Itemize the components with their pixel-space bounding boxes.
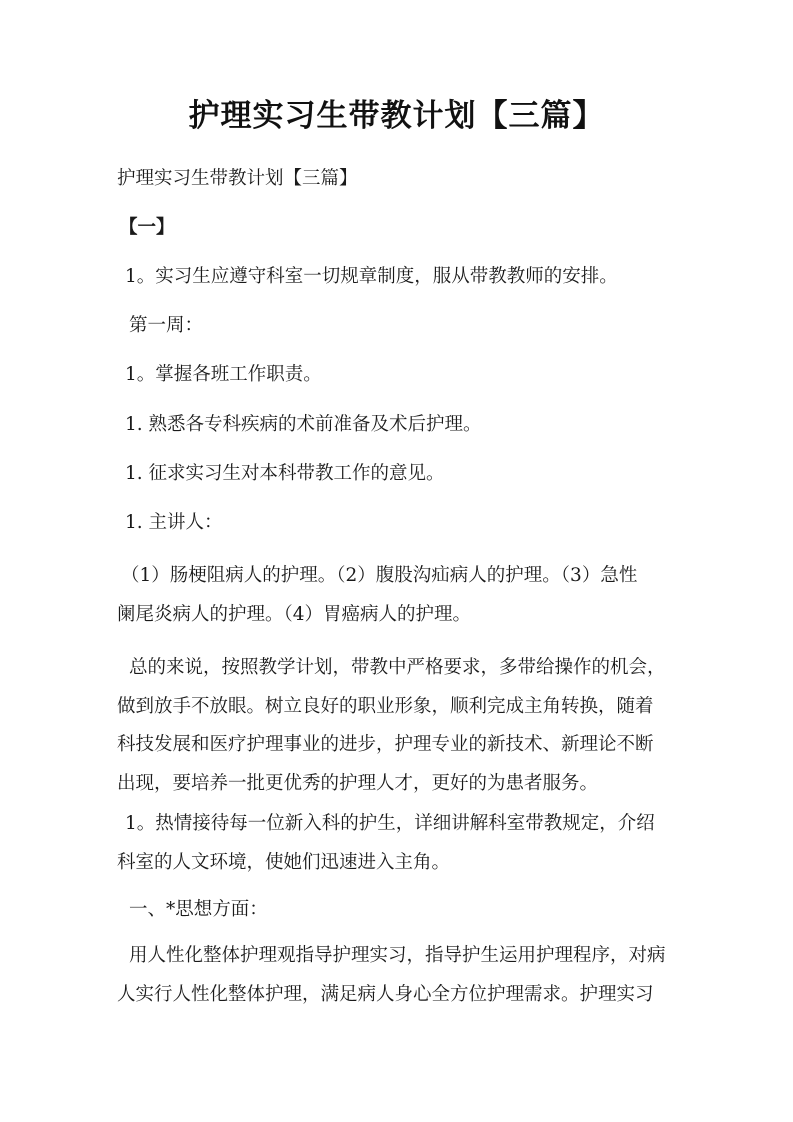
paragraph-line: 用人性化整体护理观指导护理实习，指导护生运用护理程序，对病 bbox=[117, 937, 677, 976]
paragraph-line: 出现，要培养一批更优秀的护理人才，更好的为患者服务。 bbox=[117, 765, 677, 804]
paragraph-line: 1。热情接待每一位新入科的护生，详细讲解科室带教规定，介绍 bbox=[117, 805, 677, 844]
thought-heading: 一、*思想方面： bbox=[129, 898, 268, 922]
list-item: 1. 征求实习生对本科带教工作的意见。 bbox=[125, 462, 445, 486]
list-item: 1. 熟悉各专科疾病的术前准备及术后护理。 bbox=[125, 413, 482, 437]
paragraph-line: 人实行人性化整体护理，满足病人身心全方位护理需求。护理实习 bbox=[117, 976, 677, 1015]
list-item: 1。掌握各班工作职责。 bbox=[125, 363, 322, 387]
paragraph-line: 科技发展和医疗护理事业的进步，护理专业的新技术、新理论不断 bbox=[117, 726, 677, 765]
paragraph-line: 阑尾炎病人的护理。（4）胃癌病人的护理。 bbox=[117, 596, 677, 635]
week-heading: 第一周： bbox=[117, 314, 203, 338]
document-subtitle: 护理实习生带教计划【三篇】 bbox=[117, 167, 358, 191]
paragraph-line: 科室的人文环境，使她们迅速进入主角。 bbox=[117, 844, 677, 883]
thought-paragraph: 用人性化整体护理观指导护理实习，指导护生运用护理程序，对病 人实行人性化整体护理… bbox=[117, 937, 677, 1014]
rule-line: 1。实习生应遵守科室一切规章制度，服从带教教师的安排。 bbox=[113, 265, 618, 289]
summary-paragraph: 总的来说，按照教学计划，带教中严格要求，多带给操作的机会， 做到放手不放眼。树立… bbox=[117, 649, 677, 803]
lectures-paragraph: （1）肠梗阻病人的护理。（2）腹股沟疝病人的护理。（3）急性 阑尾炎病人的护理。… bbox=[117, 557, 677, 634]
paragraph-line: 做到放手不放眼。树立良好的职业形象，顺利完成主角转换，随着 bbox=[117, 688, 677, 727]
paragraph-line: （1）肠梗阻病人的护理。（2）腹股沟疝病人的护理。（3）急性 bbox=[117, 557, 677, 596]
document-page: 护理实习生带教计划【三篇】 护理实习生带教计划【三篇】 【一】 1。实习生应遵守… bbox=[0, 0, 793, 1122]
document-title: 护理实习生带教计划【三篇】 bbox=[0, 94, 793, 138]
paragraph-line: 总的来说，按照教学计划，带教中严格要求，多带给操作的机会， bbox=[117, 649, 677, 688]
section-marker: 【一】 bbox=[119, 216, 175, 240]
welcome-paragraph: 1。热情接待每一位新入科的护生，详细讲解科室带教规定，介绍 科室的人文环境，使她… bbox=[117, 805, 677, 882]
list-item: 1. 主讲人： bbox=[125, 511, 223, 535]
